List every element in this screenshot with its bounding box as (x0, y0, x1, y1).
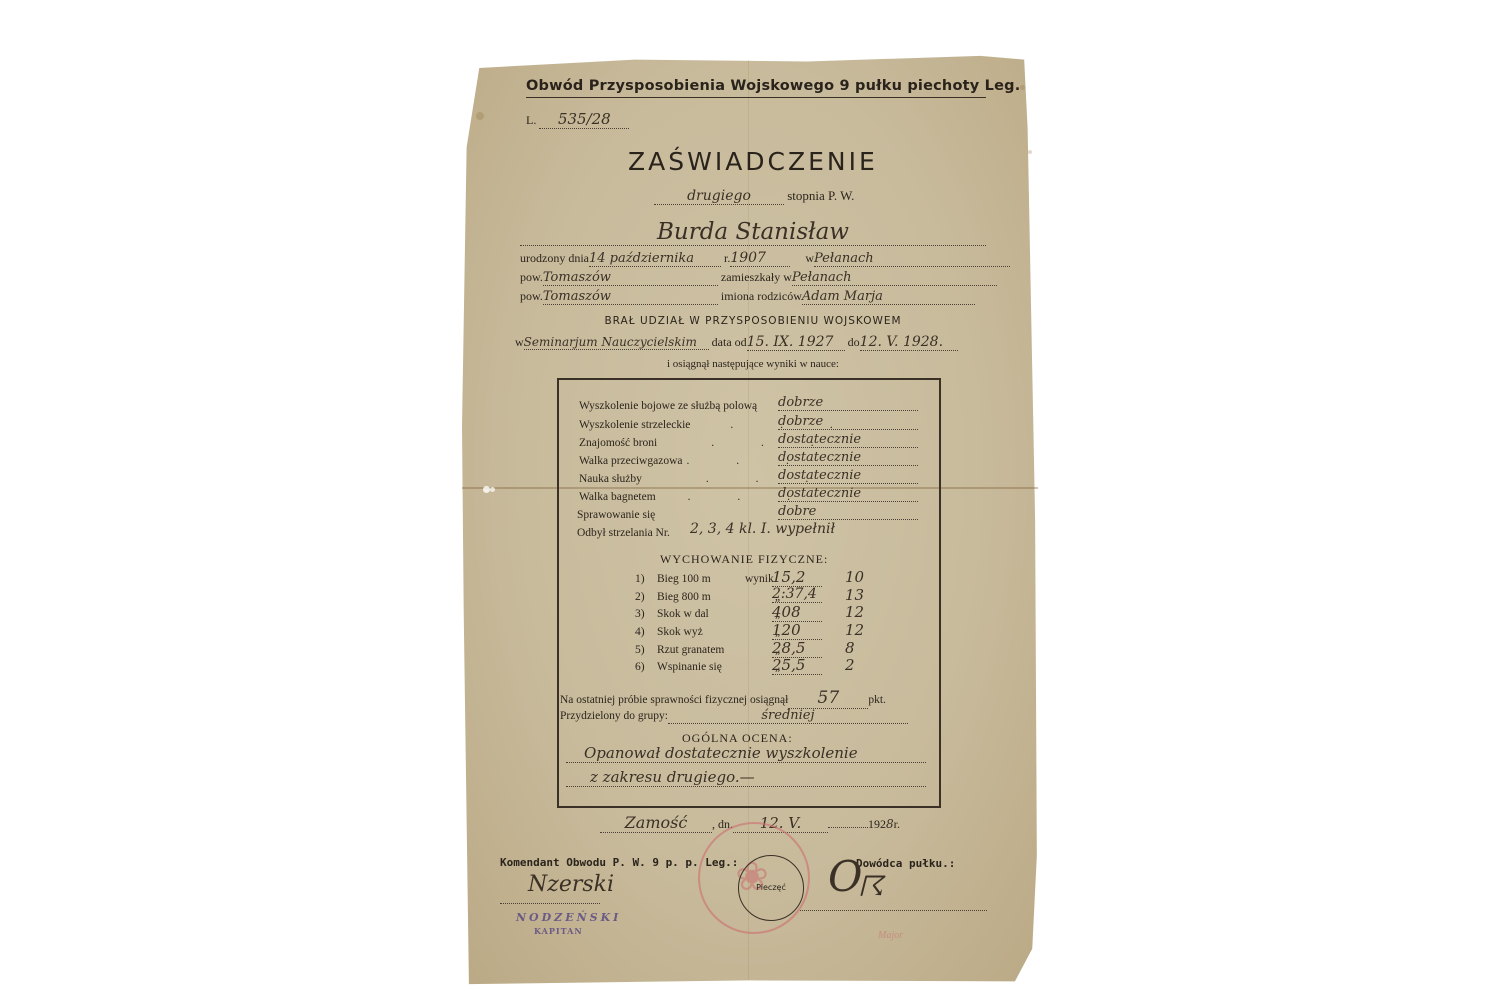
residence-value: Pełanach (792, 270, 997, 286)
event-result: 2:37,4 (772, 586, 822, 603)
subject-row: Walka przeciwgazowa. . . (579, 455, 811, 467)
event-row: 6)Wspinanie się„ (635, 661, 780, 673)
year-r: r. (894, 817, 900, 831)
overall-line-1: Opanował dostatecznie wyszkolenie (566, 744, 926, 763)
subject-grade: dobrze (778, 395, 918, 411)
total-label: Na ostatniej próbie sprawności fizycznej… (560, 694, 788, 706)
participation-line: wSeminarjum Nauczycielskim data od15. IX… (515, 334, 958, 351)
parents-label: imiona rodziców (721, 289, 802, 303)
subject-label: Odbył strzelania Nr. (577, 527, 670, 539)
left-signature: N​zerski (528, 872, 614, 897)
subject-grade: dobre (778, 504, 918, 520)
subject-label: Wyszkolenie strzeleckie (579, 419, 690, 431)
stain (1020, 85, 1025, 90)
overall-line-2: z zakresu drugiego.— (566, 768, 926, 787)
subject-row: Sprawowanie się (577, 509, 655, 521)
stain (1028, 150, 1032, 154)
birth-line: urodzony dnia14 października r.1907 wPeł… (520, 250, 1010, 267)
event-label: Wspinanie się (657, 661, 775, 673)
from-label: data od (712, 335, 747, 349)
from-date: 15. IX. 1927 (747, 334, 845, 351)
total-unit: pkt. (868, 694, 886, 706)
event-points: 13 (845, 586, 864, 604)
physical-heading: WYCHOWANIE FIZYCZNE: (660, 552, 828, 567)
results-intro: i osiągnął następujące wyniki w nauce: (520, 358, 986, 370)
subject-grade: dostatecznie (778, 432, 918, 448)
event-label: Skok w dal (657, 608, 775, 620)
seal-placeholder-circle: Pieczęć (738, 855, 804, 921)
event-result: 15,2 (772, 568, 822, 587)
place: Zamość (600, 813, 712, 833)
subject-row: Wyszkolenie bojowe ze służbą polową (579, 400, 757, 412)
reference-label: L. (526, 113, 536, 127)
county-value: Tomaszów (543, 289, 718, 305)
right-signature-tail: ☈ (858, 870, 883, 903)
degree-label: stopnia P. W. (787, 188, 854, 203)
year-suffix: 8 (886, 817, 894, 831)
event-num: 6) (635, 661, 657, 673)
degree-line: drugiego stopnia P. W. (654, 188, 854, 205)
hole (490, 487, 495, 492)
event-result: 120 (772, 621, 822, 640)
right-stamp-rank: Major (878, 930, 903, 941)
county-label: pow. (520, 270, 543, 284)
born-day: 14 października (589, 251, 721, 267)
event-row: 5)Rzut granatem„ (635, 644, 780, 656)
to-label: do (848, 335, 860, 349)
group-line: Przydzielony do grupy:średniej (560, 708, 908, 724)
school-value: Seminarjum Nauczycielskim (524, 335, 709, 350)
document-header: Obwód Przysposobienia Wojskowego 9 pułku… (526, 78, 986, 98)
right-signature-label: Dowódca pułku.: (856, 857, 955, 870)
subject-row: Odbył strzelania Nr. (577, 527, 670, 539)
born-place: Pełanach (814, 251, 1010, 267)
shooting-result: 2, 3, 4 kl. I. wypełnił (690, 521, 835, 537)
event-points: 8 (845, 639, 855, 657)
year-prefix: 192 (868, 817, 886, 831)
subject-label: Walka przeciwgazowa (579, 455, 682, 467)
reference-line: L. 535/28 (526, 110, 629, 129)
event-num: 3) (635, 608, 657, 620)
event-label: Skok wyż (657, 626, 775, 638)
parents-value: Adam Marja (802, 289, 975, 305)
left-stamp-name: NODZEŃSKI (516, 911, 621, 924)
event-result: 25,5 (772, 656, 822, 675)
event-num: 1) (635, 573, 657, 585)
county-label: pow. (520, 289, 543, 303)
county-value: Tomaszów (543, 270, 718, 286)
event-row: 3)Skok w dal„ (635, 608, 780, 620)
to-date: 12. V. 1928. (860, 334, 958, 351)
left-signature-label: Komendant Obwodu P. W. 9 p. p. Leg.: (500, 856, 738, 869)
total-points: 57 (788, 688, 868, 709)
county-parents-line: pow.Tomaszów imiona rodzicówAdam Marja (520, 289, 975, 305)
reference-number: 535/28 (539, 110, 629, 129)
stain (476, 112, 484, 120)
event-label: Bieg 800 m (657, 591, 775, 603)
result-label: wynik (745, 573, 774, 585)
event-points: 12 (845, 603, 864, 621)
school-label: w (515, 335, 524, 349)
event-row: 2)Bieg 800 m„ (635, 591, 780, 603)
left-signature-line (500, 903, 600, 904)
subject-label: Nauka służby (579, 473, 642, 485)
county-residence-line: pow.Tomaszów zamieszkały wPełanach (520, 270, 997, 286)
event-num: 4) (635, 626, 657, 638)
event-points: 2 (845, 656, 855, 674)
subject-grade: dobrze (778, 414, 918, 430)
person-name: Burda Stanisław (657, 219, 849, 245)
subject-label: Sprawowanie się (577, 509, 655, 521)
degree-value: drugiego (654, 188, 784, 205)
event-num: 2) (635, 591, 657, 603)
subject-label: Walka bagnetem (579, 491, 656, 503)
event-result: 408 (772, 603, 822, 622)
event-row: 4)Skok wyż„ (635, 626, 780, 638)
participation-heading: BRAŁ UDZIAŁ W PRZYSPOSOBIENIU WOJSKOWEM (520, 315, 986, 327)
event-points: 12 (845, 621, 864, 639)
event-row: 1)Bieg 100 mwynik (635, 573, 774, 585)
event-num: 5) (635, 644, 657, 656)
hole (483, 486, 490, 493)
subject-grade: dostatecznie (778, 468, 918, 484)
subject-label: Wyszkolenie bojowe ze służbą polową (579, 400, 757, 412)
subject-grade: dostatecznie (778, 486, 918, 502)
seal-label: Pieczęć (756, 883, 786, 892)
subject-label: Znajomość broni (579, 437, 657, 449)
name-line: Burda Stanisław (520, 219, 986, 246)
fitness-total-line: Na ostatniej próbie sprawności fizycznej… (560, 688, 886, 709)
subject-grade: dostatecznie (778, 450, 918, 466)
born-day-label: urodzony dnia (520, 251, 589, 265)
born-year: 1907 (730, 250, 790, 267)
group-label: Przydzielony do grupy: (560, 710, 668, 722)
event-points: 10 (845, 568, 864, 586)
event-label: Bieg 100 m (657, 573, 745, 585)
born-place-label: w (805, 251, 814, 265)
residence-label: zamieszkały w (721, 270, 792, 284)
document-title: ZAŚWIADCZENIE (628, 147, 878, 176)
left-stamp-rank: KAPITAN (534, 926, 583, 936)
event-label: Rzut granatem (657, 644, 775, 656)
right-signature-line (800, 910, 987, 911)
group-value: średniej (668, 708, 908, 724)
